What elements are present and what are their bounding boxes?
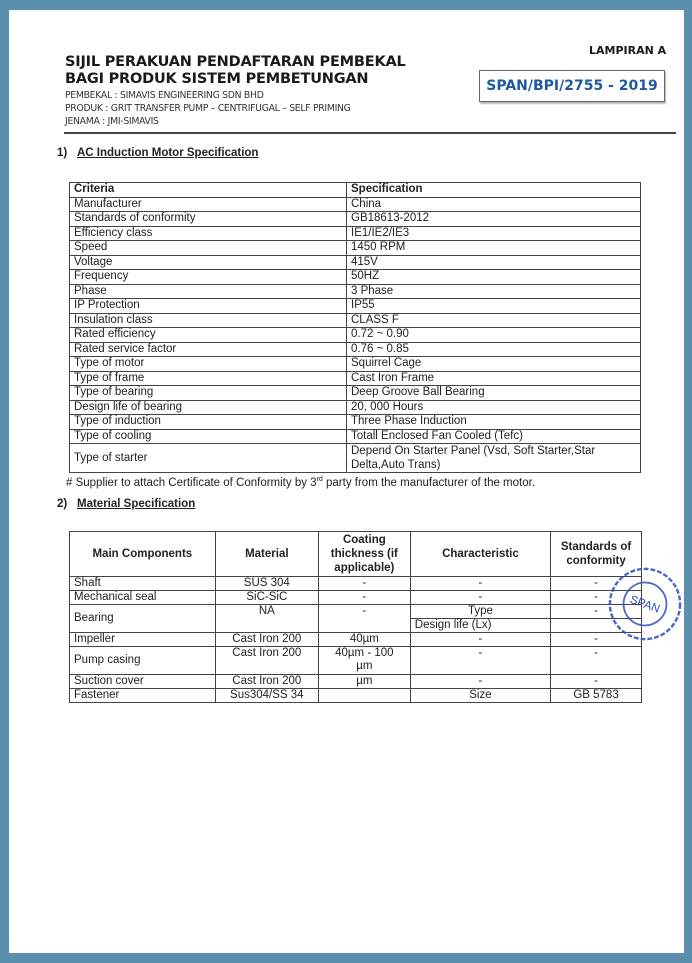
- reference-number-box: SPAN/BPI/2755 - 2019: [479, 70, 665, 102]
- table-header-row: Main Components Material Coating thickne…: [70, 532, 642, 577]
- table-row: Rated efficiency0.72 ~ 0.90: [70, 328, 641, 343]
- table-row: ImpellerCast Iron 20040µm--: [70, 633, 642, 647]
- specification-cell: 1450 RPM: [347, 241, 641, 256]
- specification-cell: IP55: [347, 299, 641, 314]
- criteria-cell: Speed: [70, 241, 347, 256]
- appendix-label: LAMPIRAN A: [589, 44, 666, 57]
- criteria-cell: Type of induction: [70, 415, 347, 430]
- section-2-heading: 2)Material Specification: [57, 498, 195, 510]
- table-row: Speed1450 RPM: [70, 241, 641, 256]
- header-divider: [64, 132, 676, 134]
- criteria-cell: Design life of bearing: [70, 400, 347, 415]
- table-row: FastenerSus304/SS 34SizeGB 5783: [70, 689, 642, 703]
- table-header-row: Criteria Specification: [70, 183, 641, 198]
- table-row: Mechanical sealSiC-SiC---: [70, 591, 642, 605]
- specification-cell: China: [347, 197, 641, 212]
- certificate-title: SIJIL PERAKUAN PENDAFTARAN PEMBEKAL BAGI…: [65, 54, 406, 88]
- specification-cell: 415V: [347, 255, 641, 270]
- criteria-cell: Type of bearing: [70, 386, 347, 401]
- specification-cell: Depend On Starter Panel (Vsd, Soft Start…: [347, 444, 641, 473]
- section-1-heading: 1)AC Induction Motor Specification: [57, 147, 258, 159]
- specification-cell: Totall Enclosed Fan Cooled (Tefc): [347, 429, 641, 444]
- table-row: Type of bearingDeep Groove Ball Bearing: [70, 386, 641, 401]
- criteria-cell: Rated efficiency: [70, 328, 347, 343]
- material-spec-table: Main Components Material Coating thickne…: [69, 531, 642, 703]
- criteria-cell: Type of motor: [70, 357, 347, 372]
- criteria-cell: Efficiency class: [70, 226, 347, 241]
- specification-cell: IE1/IE2/IE3: [347, 226, 641, 241]
- specification-cell: 50HZ: [347, 270, 641, 285]
- criteria-cell: Manufacturer: [70, 197, 347, 212]
- specification-cell: Squirrel Cage: [347, 357, 641, 372]
- specification-cell: 3 Phase: [347, 284, 641, 299]
- table-row: ManufacturerChina: [70, 197, 641, 212]
- criteria-cell: Phase: [70, 284, 347, 299]
- specification-cell: Three Phase Induction: [347, 415, 641, 430]
- criteria-cell: Type of frame: [70, 371, 347, 386]
- specification-cell: Cast Iron Frame: [347, 371, 641, 386]
- criteria-cell: Insulation class: [70, 313, 347, 328]
- table-row: Type of motorSquirrel Cage: [70, 357, 641, 372]
- table-row: Standards of conformityGB18613-2012: [70, 212, 641, 227]
- criteria-cell: Rated service factor: [70, 342, 347, 357]
- table-row: Rated service factor0.76 ~ 0.85: [70, 342, 641, 357]
- supplier-line: PEMBEKAL : SIMAVIS ENGINEERING SDN BHD: [65, 89, 351, 102]
- table-row: Type of coolingTotall Enclosed Fan Coole…: [70, 429, 641, 444]
- motor-spec-table: Criteria Specification ManufacturerChina…: [69, 182, 641, 473]
- title-line-2: BAGI PRODUK SISTEM PEMBETUNGAN: [65, 71, 406, 88]
- table-row: Efficiency classIE1/IE2/IE3: [70, 226, 641, 241]
- table-row: Bearing NA - Type -: [70, 605, 642, 619]
- specification-cell: Deep Groove Ball Bearing: [347, 386, 641, 401]
- table-row: ShaftSUS 304---: [70, 577, 642, 591]
- specification-cell: 0.72 ~ 0.90: [347, 328, 641, 343]
- table-row: Insulation classCLASS F: [70, 313, 641, 328]
- table-row: Suction coverCast Iron 200µm--: [70, 675, 642, 689]
- supplier-note: # Supplier to attach Certificate of Conf…: [66, 476, 535, 489]
- title-line-1: SIJIL PERAKUAN PENDAFTARAN PEMBEKAL: [65, 54, 406, 71]
- criteria-cell: Type of starter: [70, 444, 347, 473]
- product-line: PRODUK : GRIT TRANSFER PUMP – CENTRIFUGA…: [65, 102, 351, 115]
- specification-cell: 20, 000 Hours: [347, 400, 641, 415]
- table-row: Frequency50HZ: [70, 270, 641, 285]
- criteria-cell: Type of cooling: [70, 429, 347, 444]
- table-row: IP ProtectionIP55: [70, 299, 641, 314]
- table-row: Type of inductionThree Phase Induction: [70, 415, 641, 430]
- criteria-cell: Frequency: [70, 270, 347, 285]
- criteria-cell: IP Protection: [70, 299, 347, 314]
- table-row: Design life of bearing20, 000 Hours: [70, 400, 641, 415]
- criteria-cell: Standards of conformity: [70, 212, 347, 227]
- specification-cell: CLASS F: [347, 313, 641, 328]
- table-row: Type of frameCast Iron Frame: [70, 371, 641, 386]
- table-row: Pump casing Cast Iron 200 40µm - 100 µm …: [70, 647, 642, 675]
- document-page: SIJIL PERAKUAN PENDAFTARAN PEMBEKAL BAGI…: [9, 10, 684, 953]
- table-row: Phase3 Phase: [70, 284, 641, 299]
- criteria-cell: Voltage: [70, 255, 347, 270]
- brand-line: JENAMA : JMI-SIMAVIS: [65, 115, 351, 128]
- specification-cell: 0.76 ~ 0.85: [347, 342, 641, 357]
- table-row: Voltage415V: [70, 255, 641, 270]
- table-row: Type of starterDepend On Starter Panel (…: [70, 444, 641, 473]
- header-details: PEMBEKAL : SIMAVIS ENGINEERING SDN BHD P…: [65, 89, 351, 128]
- specification-cell: GB18613-2012: [347, 212, 641, 227]
